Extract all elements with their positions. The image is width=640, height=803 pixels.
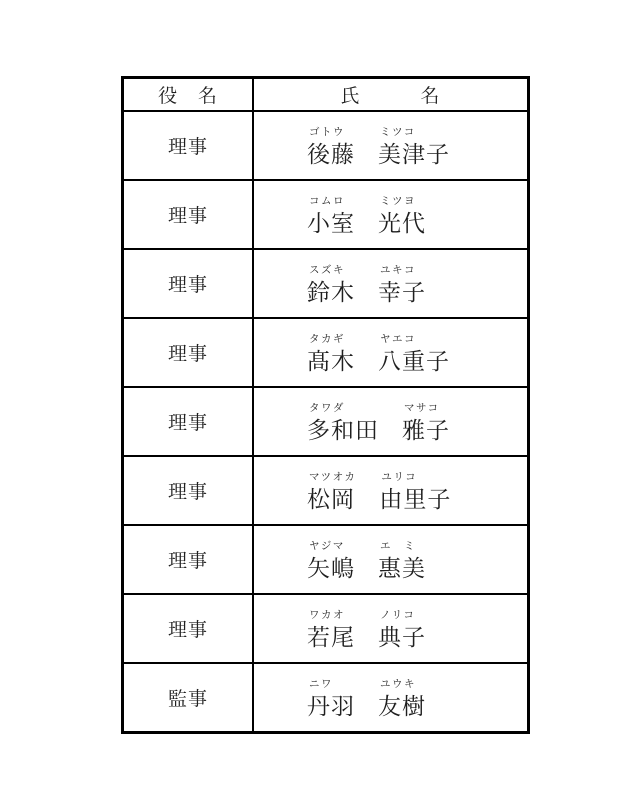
table-row: 監事 ニワ 丹羽 ユウキ 友樹 — [124, 662, 527, 731]
surname-part: スズキ 鈴木 — [307, 263, 355, 307]
role-label: 理事 — [168, 408, 208, 435]
name-cell: ワカオ 若尾 ノリコ 典子 — [254, 595, 527, 662]
full-name: ヤジマ 矢嶋 エ ミ 惠美 — [307, 537, 426, 583]
surname-part: ヤジマ 矢嶋 — [307, 539, 355, 583]
name-cell: ニワ 丹羽 ユウキ 友樹 — [254, 664, 527, 731]
given-name-furigana: ユウキ — [378, 677, 416, 692]
table-row: 理事 タワダ 多和田 マサコ 雅子 — [124, 386, 527, 455]
surname-part: マツオカ 松岡 — [307, 470, 356, 514]
role-cell: 理事 — [124, 181, 254, 248]
given-name-part: ノリコ 典子 — [378, 608, 426, 652]
table-row: 理事 ヤジマ 矢嶋 エ ミ 惠美 — [124, 524, 527, 593]
surname-furigana: ワカオ — [307, 608, 345, 623]
table-row: 理事 タカギ 髙木 ヤエコ 八重子 — [124, 317, 527, 386]
header-role-cell: 役 名 — [124, 79, 254, 110]
full-name: タカギ 髙木 ヤエコ 八重子 — [307, 330, 450, 376]
given-name: 友樹 — [378, 692, 426, 721]
surname-furigana: マツオカ — [307, 470, 356, 485]
surname-furigana: ゴトウ — [307, 125, 345, 140]
given-name-part: ミツコ 美津子 — [378, 125, 450, 169]
name-cell: タワダ 多和田 マサコ 雅子 — [254, 388, 527, 455]
surname-part: タワダ 多和田 — [307, 401, 379, 445]
full-name: ニワ 丹羽 ユウキ 友樹 — [307, 675, 426, 721]
name-cell: タカギ 髙木 ヤエコ 八重子 — [254, 319, 527, 386]
role-label: 理事 — [168, 201, 208, 228]
surname: 丹羽 — [307, 692, 355, 721]
full-name: マツオカ 松岡 ユリコ 由里子 — [307, 468, 451, 514]
full-name: コムロ 小室 ミツヨ 光代 — [307, 192, 426, 238]
surname-furigana: ニワ — [307, 677, 333, 692]
full-name: ワカオ 若尾 ノリコ 典子 — [307, 606, 426, 652]
given-name-furigana: ミツヨ — [378, 194, 416, 209]
name-cell: ゴトウ 後藤 ミツコ 美津子 — [254, 112, 527, 179]
role-cell: 監事 — [124, 664, 254, 731]
header-name-label: 氏 名 — [340, 81, 440, 108]
role-cell: 理事 — [124, 457, 254, 524]
given-name: 典子 — [378, 623, 426, 652]
given-name-part: エ ミ 惠美 — [378, 539, 426, 583]
role-cell: 理事 — [124, 595, 254, 662]
given-name-furigana: ヤエコ — [378, 332, 416, 347]
table-row: 理事 ワカオ 若尾 ノリコ 典子 — [124, 593, 527, 662]
table-row: 理事 コムロ 小室 ミツヨ 光代 — [124, 179, 527, 248]
role-cell: 理事 — [124, 388, 254, 455]
given-name: 幸子 — [378, 278, 426, 307]
table-row: 理事 ゴトウ 後藤 ミツコ 美津子 — [124, 110, 527, 179]
name-cell: スズキ 鈴木 ユキコ 幸子 — [254, 250, 527, 317]
given-name: 八重子 — [378, 347, 450, 376]
role-label: 理事 — [168, 270, 208, 297]
role-label: 理事 — [168, 615, 208, 642]
surname: 小室 — [307, 209, 355, 238]
given-name: 光代 — [378, 209, 426, 238]
surname-part: タカギ 髙木 — [307, 332, 355, 376]
given-name-part: ユキコ 幸子 — [378, 263, 426, 307]
officer-list-table: 役 名 氏 名 理事 ゴトウ 後藤 ミツコ 美津子 理事 — [121, 76, 530, 734]
given-name-furigana: ミツコ — [378, 125, 416, 140]
surname-part: ニワ 丹羽 — [307, 677, 355, 721]
surname-furigana: タワダ — [307, 401, 345, 416]
given-name-part: マサコ 雅子 — [402, 401, 450, 445]
surname-furigana: コムロ — [307, 194, 345, 209]
surname: 若尾 — [307, 623, 355, 652]
surname: 髙木 — [307, 347, 355, 376]
surname: 松岡 — [307, 485, 355, 514]
role-label: 理事 — [168, 477, 208, 504]
table-row: 理事 マツオカ 松岡 ユリコ 由里子 — [124, 455, 527, 524]
surname-furigana: スズキ — [307, 263, 345, 278]
role-label: 監事 — [168, 684, 208, 711]
given-name-part: ヤエコ 八重子 — [378, 332, 450, 376]
surname-part: コムロ 小室 — [307, 194, 355, 238]
header-role-label: 役 名 — [158, 81, 218, 108]
given-name-part: ユウキ 友樹 — [378, 677, 426, 721]
role-cell: 理事 — [124, 112, 254, 179]
document-page: { "page": { "background_color": "#ffffff… — [0, 0, 640, 803]
surname: 多和田 — [307, 416, 379, 445]
role-label: 理事 — [168, 546, 208, 573]
full-name: ゴトウ 後藤 ミツコ 美津子 — [307, 123, 450, 169]
role-cell: 理事 — [124, 526, 254, 593]
role-cell: 理事 — [124, 250, 254, 317]
given-name: 美津子 — [378, 140, 450, 169]
surname-part: ワカオ 若尾 — [307, 608, 355, 652]
surname: 鈴木 — [307, 278, 355, 307]
surname: 後藤 — [307, 140, 355, 169]
given-name-part: ユリコ 由里子 — [379, 470, 451, 514]
given-name: 惠美 — [378, 554, 426, 583]
name-cell: コムロ 小室 ミツヨ 光代 — [254, 181, 527, 248]
given-name-furigana: ユキコ — [378, 263, 416, 278]
given-name-part: ミツヨ 光代 — [378, 194, 426, 238]
name-cell: ヤジマ 矢嶋 エ ミ 惠美 — [254, 526, 527, 593]
surname: 矢嶋 — [307, 554, 355, 583]
surname-furigana: タカギ — [307, 332, 345, 347]
name-cell: マツオカ 松岡 ユリコ 由里子 — [254, 457, 527, 524]
table-row: 理事 スズキ 鈴木 ユキコ 幸子 — [124, 248, 527, 317]
surname-furigana: ヤジマ — [307, 539, 345, 554]
full-name: スズキ 鈴木 ユキコ 幸子 — [307, 261, 426, 307]
given-name-furigana: エ ミ — [378, 539, 416, 554]
given-name-furigana: ユリコ — [379, 470, 417, 485]
role-label: 理事 — [168, 132, 208, 159]
given-name-furigana: ノリコ — [378, 608, 415, 623]
table-header-row: 役 名 氏 名 — [124, 79, 527, 110]
role-cell: 理事 — [124, 319, 254, 386]
given-name: 雅子 — [402, 416, 450, 445]
role-label: 理事 — [168, 339, 208, 366]
given-name-furigana: マサコ — [402, 401, 440, 416]
surname-part: ゴトウ 後藤 — [307, 125, 355, 169]
header-name-cell: 氏 名 — [254, 79, 527, 110]
given-name: 由里子 — [379, 485, 451, 514]
full-name: タワダ 多和田 マサコ 雅子 — [307, 399, 450, 445]
